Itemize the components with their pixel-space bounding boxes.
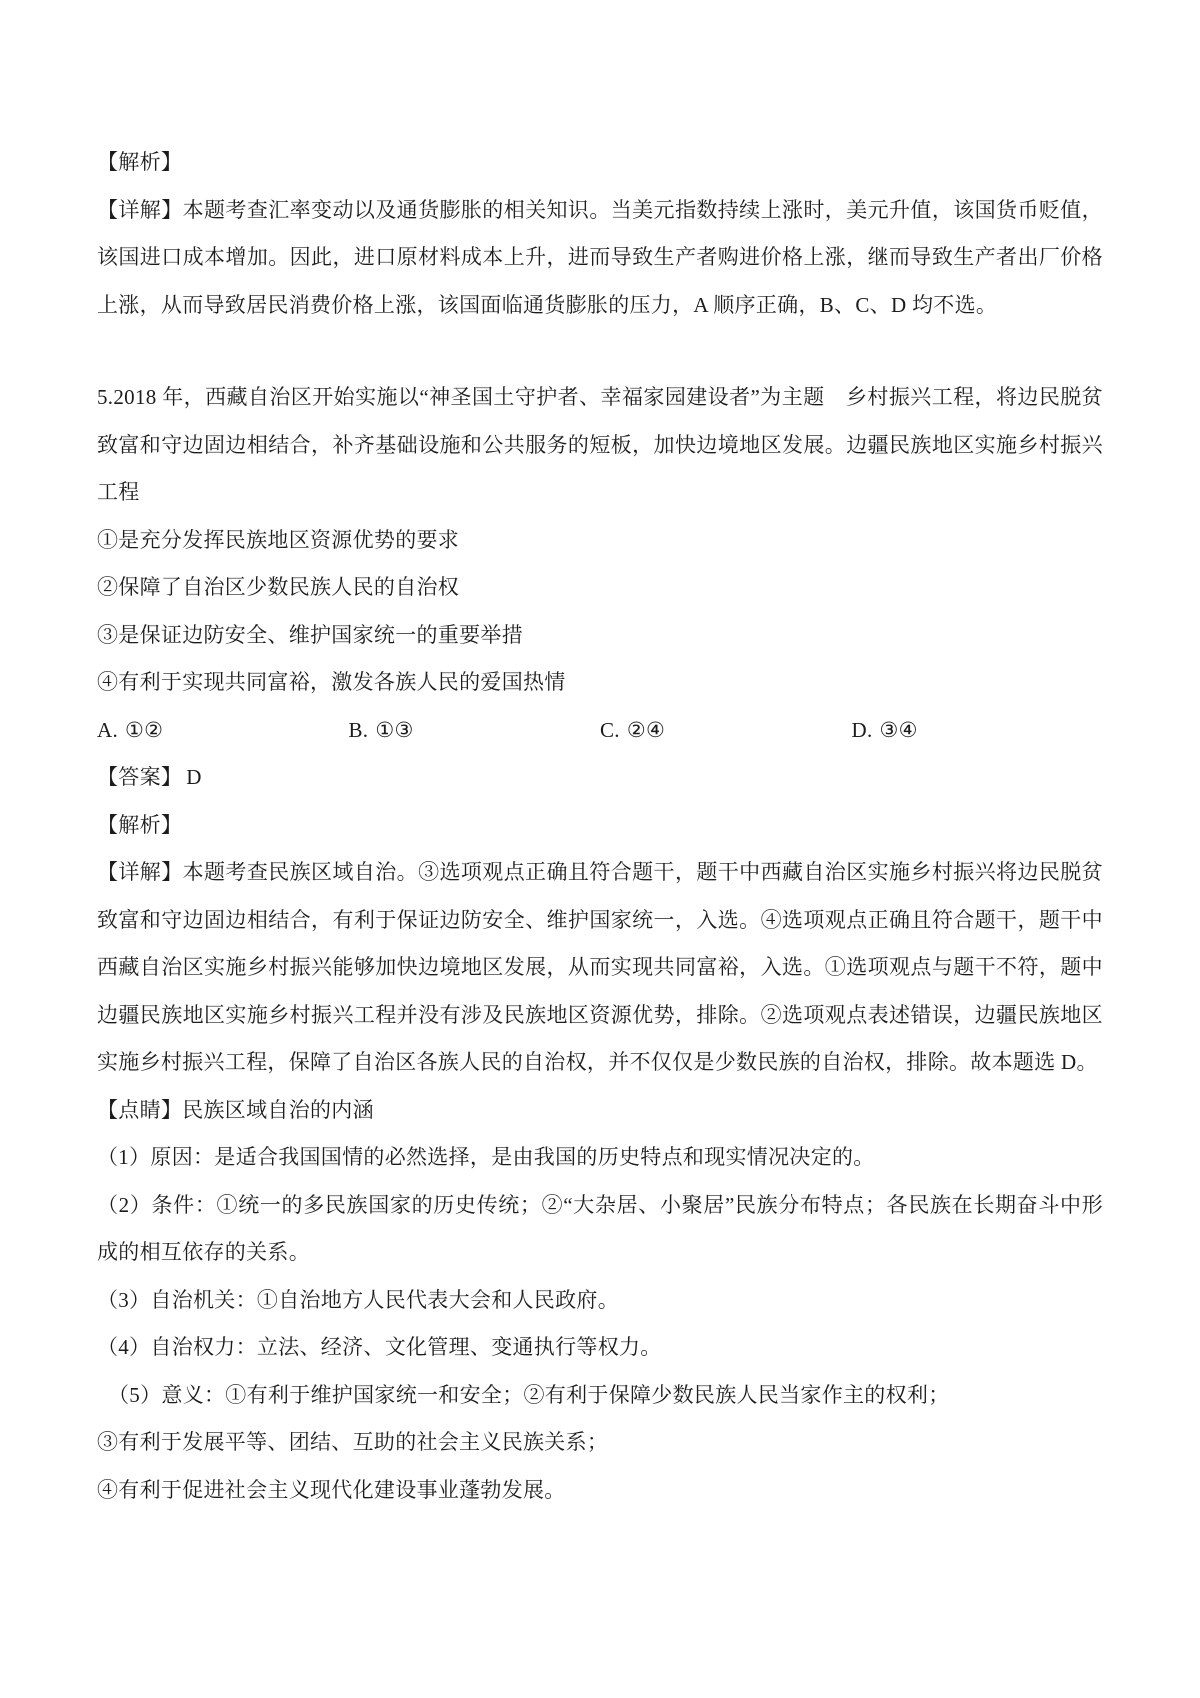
option-a-value: ①② [125, 718, 163, 742]
q5-statement-4: ④有利于实现共同富裕，激发各族人民的爱国热情 [97, 659, 1103, 707]
q5-analysis-heading: 【解析】 [97, 802, 1103, 850]
tip-organs: （3）自治机关：①自治地方人民代表大会和人民政府。 [97, 1277, 1103, 1325]
option-a: A.①② [97, 707, 349, 755]
q5-statement-2: ②保障了自治区少数民族人民的自治权 [97, 564, 1103, 612]
q5-statement-1: ①是充分发挥民族地区资源优势的要求 [97, 517, 1103, 565]
tip-significance-3: ③有利于发展平等、团结、互助的社会主义民族关系； [97, 1419, 1103, 1467]
option-c-value: ②④ [627, 718, 665, 742]
q5-options-row: A.①② B.①③ C.②④ D.③④ [97, 707, 1103, 755]
q5-stem: 5.2018 年，西藏自治区开始实施以“神圣国土守护者、幸福家园建设者”为主题 … [97, 374, 1103, 517]
document-page: 【解析】 【详解】本题考查汇率变动以及通货膨胀的相关知识。当美元指数持续上涨时，… [0, 0, 1200, 1698]
tip-powers: （4）自治权力：立法、经济、文化管理、变通执行等权力。 [97, 1324, 1103, 1372]
option-d-value: ③④ [880, 718, 918, 742]
tip-significance-4: ④有利于促进社会主义现代化建设事业蓬勃发展。 [97, 1467, 1103, 1515]
option-b-label: B. [349, 718, 369, 742]
option-d-label: D. [852, 718, 873, 742]
option-b: B.①③ [349, 707, 601, 755]
q4-analysis-block: 【解析】 【详解】本题考查汇率变动以及通货膨胀的相关知识。当美元指数持续上涨时，… [97, 139, 1103, 329]
q5-answer-line: 【答案】D [97, 754, 1103, 802]
question5-block: 5.2018 年，西藏自治区开始实施以“神圣国土守护者、幸福家园建设者”为主题 … [97, 374, 1103, 1514]
q4-analysis-heading: 【解析】 [97, 139, 1103, 187]
option-c: C.②④ [600, 707, 852, 755]
q5-statement-3: ③是保证边防安全、维护国家统一的重要举措 [97, 612, 1103, 660]
option-b-value: ①③ [375, 718, 413, 742]
q5-tips-title: 【点睛】民族区域自治的内涵 [97, 1087, 1103, 1135]
tip-reason: （1）原因：是适合我国国情的必然选择，是由我国的历史特点和现实情况决定的。 [97, 1134, 1103, 1182]
tip-conditions: （2）条件：①统一的多民族国家的历史传统；②“大杂居、小聚居”民族分布特点；各民… [97, 1182, 1103, 1277]
q5-detail-paragraph: 【详解】本题考查民族区域自治。③选项观点正确且符合题干，题干中西藏自治区实施乡村… [97, 849, 1103, 1087]
answer-value: D [186, 765, 201, 789]
q4-detail-paragraph: 【详解】本题考查汇率变动以及通货膨胀的相关知识。当美元指数持续上涨时，美元升值，… [97, 187, 1103, 330]
option-d: D.③④ [852, 707, 1104, 755]
tip-significance: （5）意义：①有利于维护国家统一和安全；②有利于保障少数民族人民当家作主的权利； [97, 1372, 1103, 1420]
option-a-label: A. [97, 718, 118, 742]
answer-label: 【答案】 [97, 765, 182, 789]
option-c-label: C. [600, 718, 620, 742]
